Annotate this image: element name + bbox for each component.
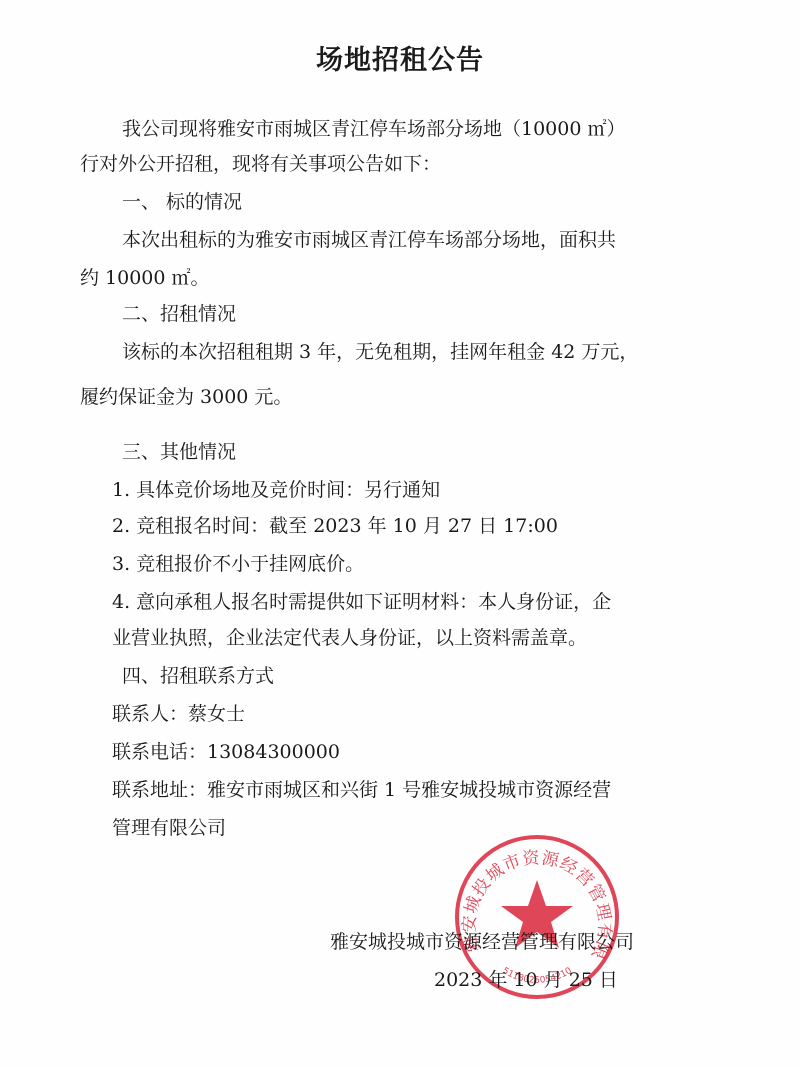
section-2-heading: 二、招租情况	[122, 302, 236, 326]
signature-company: 雅安城投城市资源经营管理有限公司	[330, 930, 634, 954]
section-2-line-2: 履约保证金为 3000 元。	[80, 385, 292, 409]
intro-line-2: 行对外公开招租，现将有关事项公告如下：	[80, 152, 441, 176]
contact-address-cont: 管理有限公司	[112, 816, 226, 840]
section-1-heading: 一、 标的情况	[122, 190, 242, 214]
section-1-line-1: 本次出租标的为雅安市雨城区青江停车场部分场地，面积共	[122, 228, 616, 252]
section-3-item-2: 2. 竞租报名时间：截至 2023 年 10 月 27 日 17:00	[112, 514, 558, 538]
section-3-item-4: 4. 意向承租人报名时需提供如下证明材料：本人身份证，企	[112, 590, 611, 614]
intro-line-1: 我公司现将雅安市雨城区青江停车场部分场地（10000 ㎡）	[122, 117, 625, 141]
contact-address: 联系地址：雅安市雨城区和兴街 1 号雅安城投城市资源经营	[112, 778, 611, 802]
section-2-line-1: 该标的本次招租租期 3 年，无免租期，挂网年租金 42 万元，	[122, 340, 638, 364]
section-3-item-1: 1. 具体竞价场地及竞价时间：另行通知	[112, 478, 440, 502]
document-page: 场地招租公告 我公司现将雅安市雨城区青江停车场部分场地（10000 ㎡） 行对外…	[0, 0, 800, 1067]
signature-date: 2023 年 10 月 25 日	[434, 968, 618, 992]
section-3-item-4-cont: 业营业执照，企业法定代表人身份证，以上资料需盖章。	[112, 626, 587, 650]
contact-person: 联系人：蔡女士	[112, 702, 245, 726]
contact-phone: 联系电话：13084300000	[112, 740, 340, 764]
section-3-item-3: 3. 竞租报价不小于挂网底价。	[112, 552, 364, 576]
document-title: 场地招租公告	[0, 38, 800, 77]
section-3-heading: 三、其他情况	[122, 440, 236, 464]
section-1-line-2: 约 10000 ㎡。	[80, 266, 210, 290]
section-4-heading: 四、招租联系方式	[122, 664, 274, 688]
